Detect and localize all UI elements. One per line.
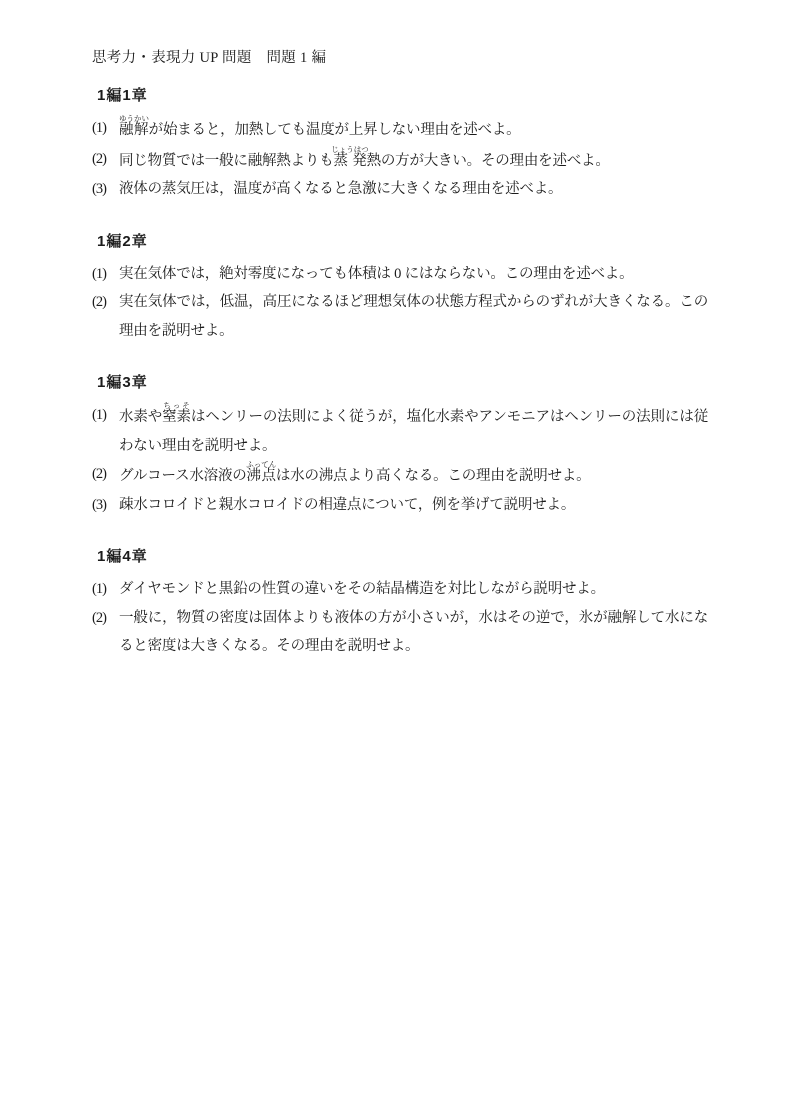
question-number: (2)	[92, 460, 119, 489]
question-item: (1)実在気体では，絶対零度になっても体積は 0 にはならない。この理由を述べよ…	[92, 260, 708, 289]
question-number: (1)	[92, 260, 119, 289]
question-text: ダイヤモンドと黒鉛の性質の違いをその結晶構造を対比しながら説明せよ。	[119, 575, 708, 604]
furigana-ruby: 窒素ちっそ	[162, 409, 191, 425]
question-number: (1)	[92, 401, 119, 430]
question-number: (1)	[92, 575, 119, 604]
question-item: (2)一般に，物質の密度は固体よりも液体の方が小さいが，水はその逆で，氷が融解し…	[92, 604, 708, 661]
question-item: (1)水素や窒素ちっそはヘンリーの法則によく従うが，塩化水素やアンモニアはヘンリ…	[92, 401, 708, 460]
question-text: 一般に，物質の密度は固体よりも液体の方が小さいが，水はその逆で，氷が融解して水に…	[119, 604, 708, 661]
document-title: 思考力・表現力 UP 問題 問題 1 編	[92, 49, 708, 67]
question-item: (2)実在気体では，低温，高圧になるほど理想気体の状態方程式からのずれが大きくな…	[92, 288, 708, 345]
furigana-ruby: 沸点ふってん	[247, 468, 276, 484]
question-text: 水素や窒素ちっそはヘンリーの法則によく従うが，塩化水素やアンモニアはヘンリーの法…	[119, 401, 708, 460]
furigana-text: ゆうかい	[119, 114, 149, 123]
question-item: (3)液体の蒸気圧は，温度が高くなると急激に大きくなる理由を述べよ。	[92, 175, 708, 204]
question-text: 融解ゆうかいが始まると，加熱しても温度が上昇しない理由を述べよ。	[119, 114, 708, 145]
question-number: (2)	[92, 288, 119, 317]
question-text: 液体の蒸気圧は，温度が高くなると急激に大きくなる理由を述べよ。	[119, 175, 708, 204]
question-text: 疎水コロイドと親水コロイドの相違点について，例を挙げて説明せよ。	[119, 491, 708, 520]
question-item: (1)融解ゆうかいが始まると，加熱しても温度が上昇しない理由を述べよ。	[92, 114, 708, 145]
section: 1編2章(1)実在気体では，絶対零度になっても体積は 0 にはならない。この理由…	[92, 234, 708, 346]
question-number: (2)	[92, 145, 119, 174]
section-heading: 1編3章	[97, 375, 708, 391]
question-item: (2)同じ物質では一般に融解熱よりも蒸発じょうはつ熱の方が大きい。その理由を述べ…	[92, 145, 708, 176]
document-sections: 1編1章(1)融解ゆうかいが始まると，加熱しても温度が上昇しない理由を述べよ。(…	[92, 88, 708, 661]
question-number: (3)	[92, 491, 119, 520]
question-text: 実在気体では，絶対零度になっても体積は 0 にはならない。この理由を述べよ。	[119, 260, 708, 289]
question-text: 実在気体では，低温，高圧になるほど理想気体の状態方程式からのずれが大きくなる。こ…	[119, 288, 708, 345]
question-item: (2)グルコース水溶液の沸点ふってんは水の沸点より高くなる。この理由を説明せよ。	[92, 460, 708, 491]
furigana-ruby: 蒸発じょうはつ	[334, 153, 367, 169]
document-page: 思考力・表現力 UP 問題 問題 1 編 1編1章(1)融解ゆうかいが始まると，…	[0, 0, 790, 1117]
furigana-ruby: 融解ゆうかい	[119, 122, 149, 138]
furigana-text: ふってん	[246, 460, 276, 469]
section: 1編3章(1)水素や窒素ちっそはヘンリーの法則によく従うが，塩化水素やアンモニア…	[92, 375, 708, 519]
section: 1編1章(1)融解ゆうかいが始まると，加熱しても温度が上昇しない理由を述べよ。(…	[92, 88, 708, 204]
question-item: (3)疎水コロイドと親水コロイドの相違点について，例を挙げて説明せよ。	[92, 491, 708, 520]
section-heading: 1編2章	[97, 234, 708, 250]
question-number: (1)	[92, 114, 119, 143]
question-number: (3)	[92, 175, 119, 204]
section-heading: 1編1章	[97, 88, 708, 104]
furigana-text: じょうはつ	[331, 145, 369, 154]
question-text: グルコース水溶液の沸点ふってんは水の沸点より高くなる。この理由を説明せよ。	[119, 460, 708, 491]
section-heading: 1編4章	[97, 549, 708, 565]
question-item: (1)ダイヤモンドと黒鉛の性質の違いをその結晶構造を対比しながら説明せよ。	[92, 575, 708, 604]
question-number: (2)	[92, 604, 119, 633]
question-text: 同じ物質では一般に融解熱よりも蒸発じょうはつ熱の方が大きい。その理由を述べよ。	[119, 145, 708, 176]
section: 1編4章(1)ダイヤモンドと黒鉛の性質の違いをその結晶構造を対比しながら説明せよ…	[92, 549, 708, 661]
furigana-text: ちっそ	[162, 401, 191, 410]
